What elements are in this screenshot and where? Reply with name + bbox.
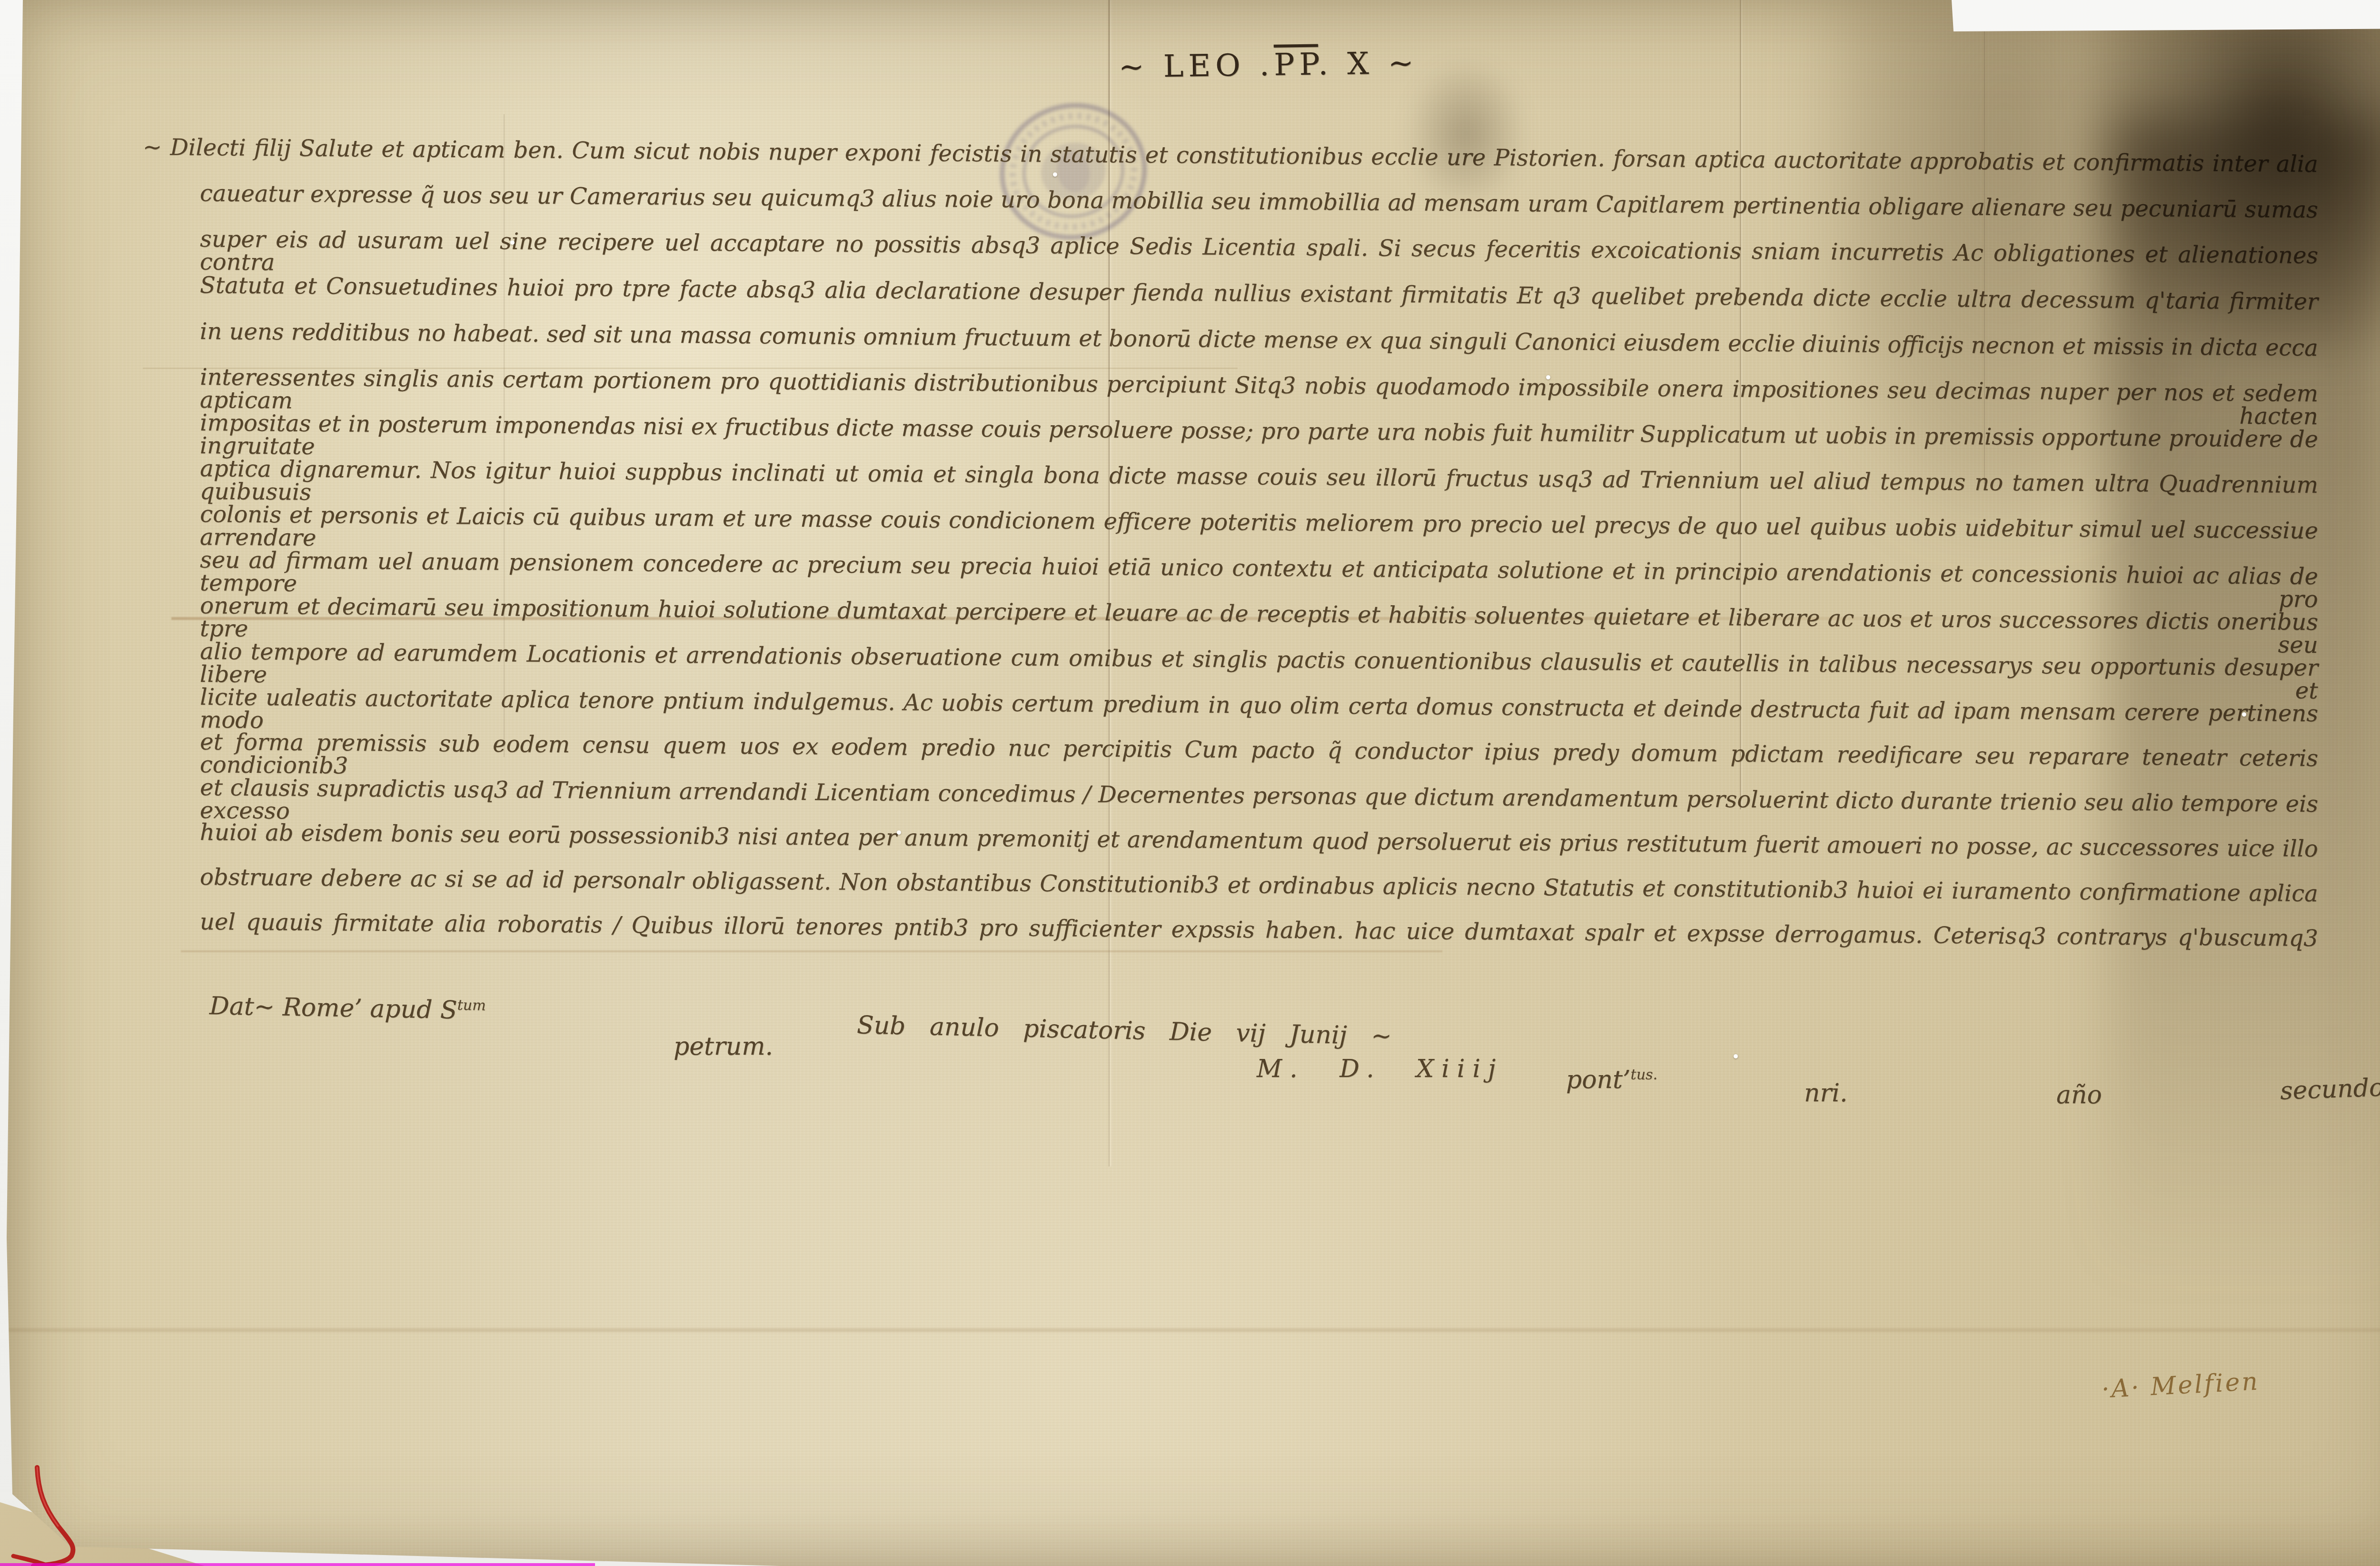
manuscript-line: in uens redditibus no habeat. sed sit un… — [200, 320, 2318, 359]
heading-part: . X ~ — [1318, 46, 1418, 82]
pinhole — [510, 240, 515, 245]
heading-part-overlined: PP — [1274, 47, 1319, 83]
heading-part: ~ LEO . — [1119, 48, 1274, 85]
dateline-year: M. D. Xiiij — [1257, 1055, 1503, 1083]
pinhole — [1546, 375, 1550, 379]
document-heading: ~ LEO .PP. X ~ — [1119, 46, 1419, 85]
dateline-anulo: Sub anulo piscatoris Die vij Junij ~ — [856, 1011, 1392, 1051]
damp-stain — [1404, 57, 1528, 209]
dateline-nostri: nri. — [1804, 1079, 1848, 1107]
dateline-superscript: tum — [457, 997, 486, 1014]
dateline-text: Dat~ Rome’ apud S — [209, 992, 457, 1025]
manuscript-line: ~ Dilecti filij Salute et apticam ben. C… — [143, 136, 2318, 176]
dateline-pontificatus: pont’tus. — [1566, 1066, 1657, 1094]
seal-thread — [0, 1424, 162, 1566]
secretary-signature: ·A· Melfien — [2101, 1367, 2261, 1404]
pinhole — [897, 830, 901, 835]
dateline-datum: Dat~ Rome’ apud Stum — [209, 992, 486, 1025]
pinhole — [1053, 172, 1057, 177]
parchment-sheet: ~ LEO .PP. X ~ ~ Dilecti filij Salute et… — [0, 0, 2380, 1566]
scanned-papal-brief: ~ LEO .PP. X ~ ~ Dilecti filij Salute et… — [0, 0, 2380, 1566]
fold-crease — [0, 1328, 2380, 1332]
manuscript-line: caueatur expresse q̃ uos seu ur Camerari… — [200, 182, 2318, 221]
scan-artifact — [0, 1563, 595, 1566]
dateline-secundo: secundo — [2280, 1073, 2380, 1106]
dateline-petrum: petrum. — [674, 1032, 773, 1061]
manuscript-line: uel quauis firmitate alia roboratis / Qu… — [200, 910, 2318, 950]
pinhole — [2242, 712, 2246, 717]
manuscript-line: obstruare debere ac si se ad id personal… — [200, 866, 2318, 905]
dateline-anno: año — [2056, 1081, 2102, 1109]
dateline-superscript: tus. — [1631, 1067, 1658, 1083]
fold-crease — [181, 950, 1442, 952]
pinhole — [1734, 1054, 1738, 1058]
dateline-text: pont’ — [1566, 1066, 1631, 1094]
